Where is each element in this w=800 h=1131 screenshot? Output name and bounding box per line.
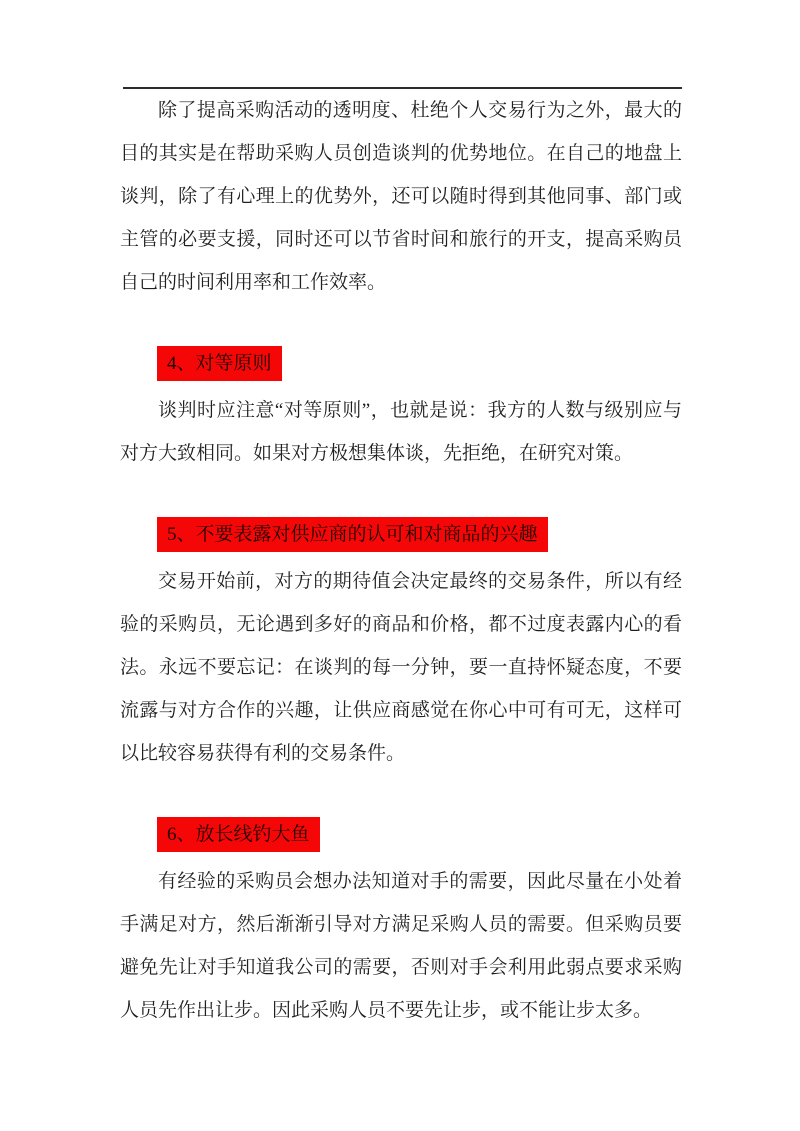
section-heading: 6、放长线钓大鱼: [157, 817, 320, 852]
body-paragraph: 谈判时应注意“对等原则”，也就是说：我方的人数与级别应与对方大致相同。如果对方极…: [120, 389, 682, 475]
body-paragraph: 有经验的采购员会想办法知道对手的需要，因此尽量在小处着手满足对方，然后渐渐引导对…: [120, 860, 682, 1032]
document-body: 除了提高采购活动的透明度、杜绝个人交易行为之外，最大的目的其实是在帮助采购人员创…: [120, 89, 682, 1032]
section-heading: 5、不要表露对供应商的认可和对商品的兴趣: [157, 517, 548, 552]
section-heading-row: 4、对等原则: [157, 346, 682, 381]
section-heading: 4、对等原则: [157, 346, 282, 381]
document-page: 除了提高采购活动的透明度、杜绝个人交易行为之外，最大的目的其实是在帮助采购人员创…: [0, 0, 800, 1131]
body-paragraph: 交易开始前，对方的期待值会决定最终的交易条件，所以有经验的采购员，无论遇到多好的…: [120, 560, 682, 775]
section-heading-row: 5、不要表露对供应商的认可和对商品的兴趣: [157, 517, 682, 552]
section-heading-row: 6、放长线钓大鱼: [157, 817, 682, 852]
body-paragraph: 除了提高采购活动的透明度、杜绝个人交易行为之外，最大的目的其实是在帮助采购人员创…: [120, 89, 682, 304]
